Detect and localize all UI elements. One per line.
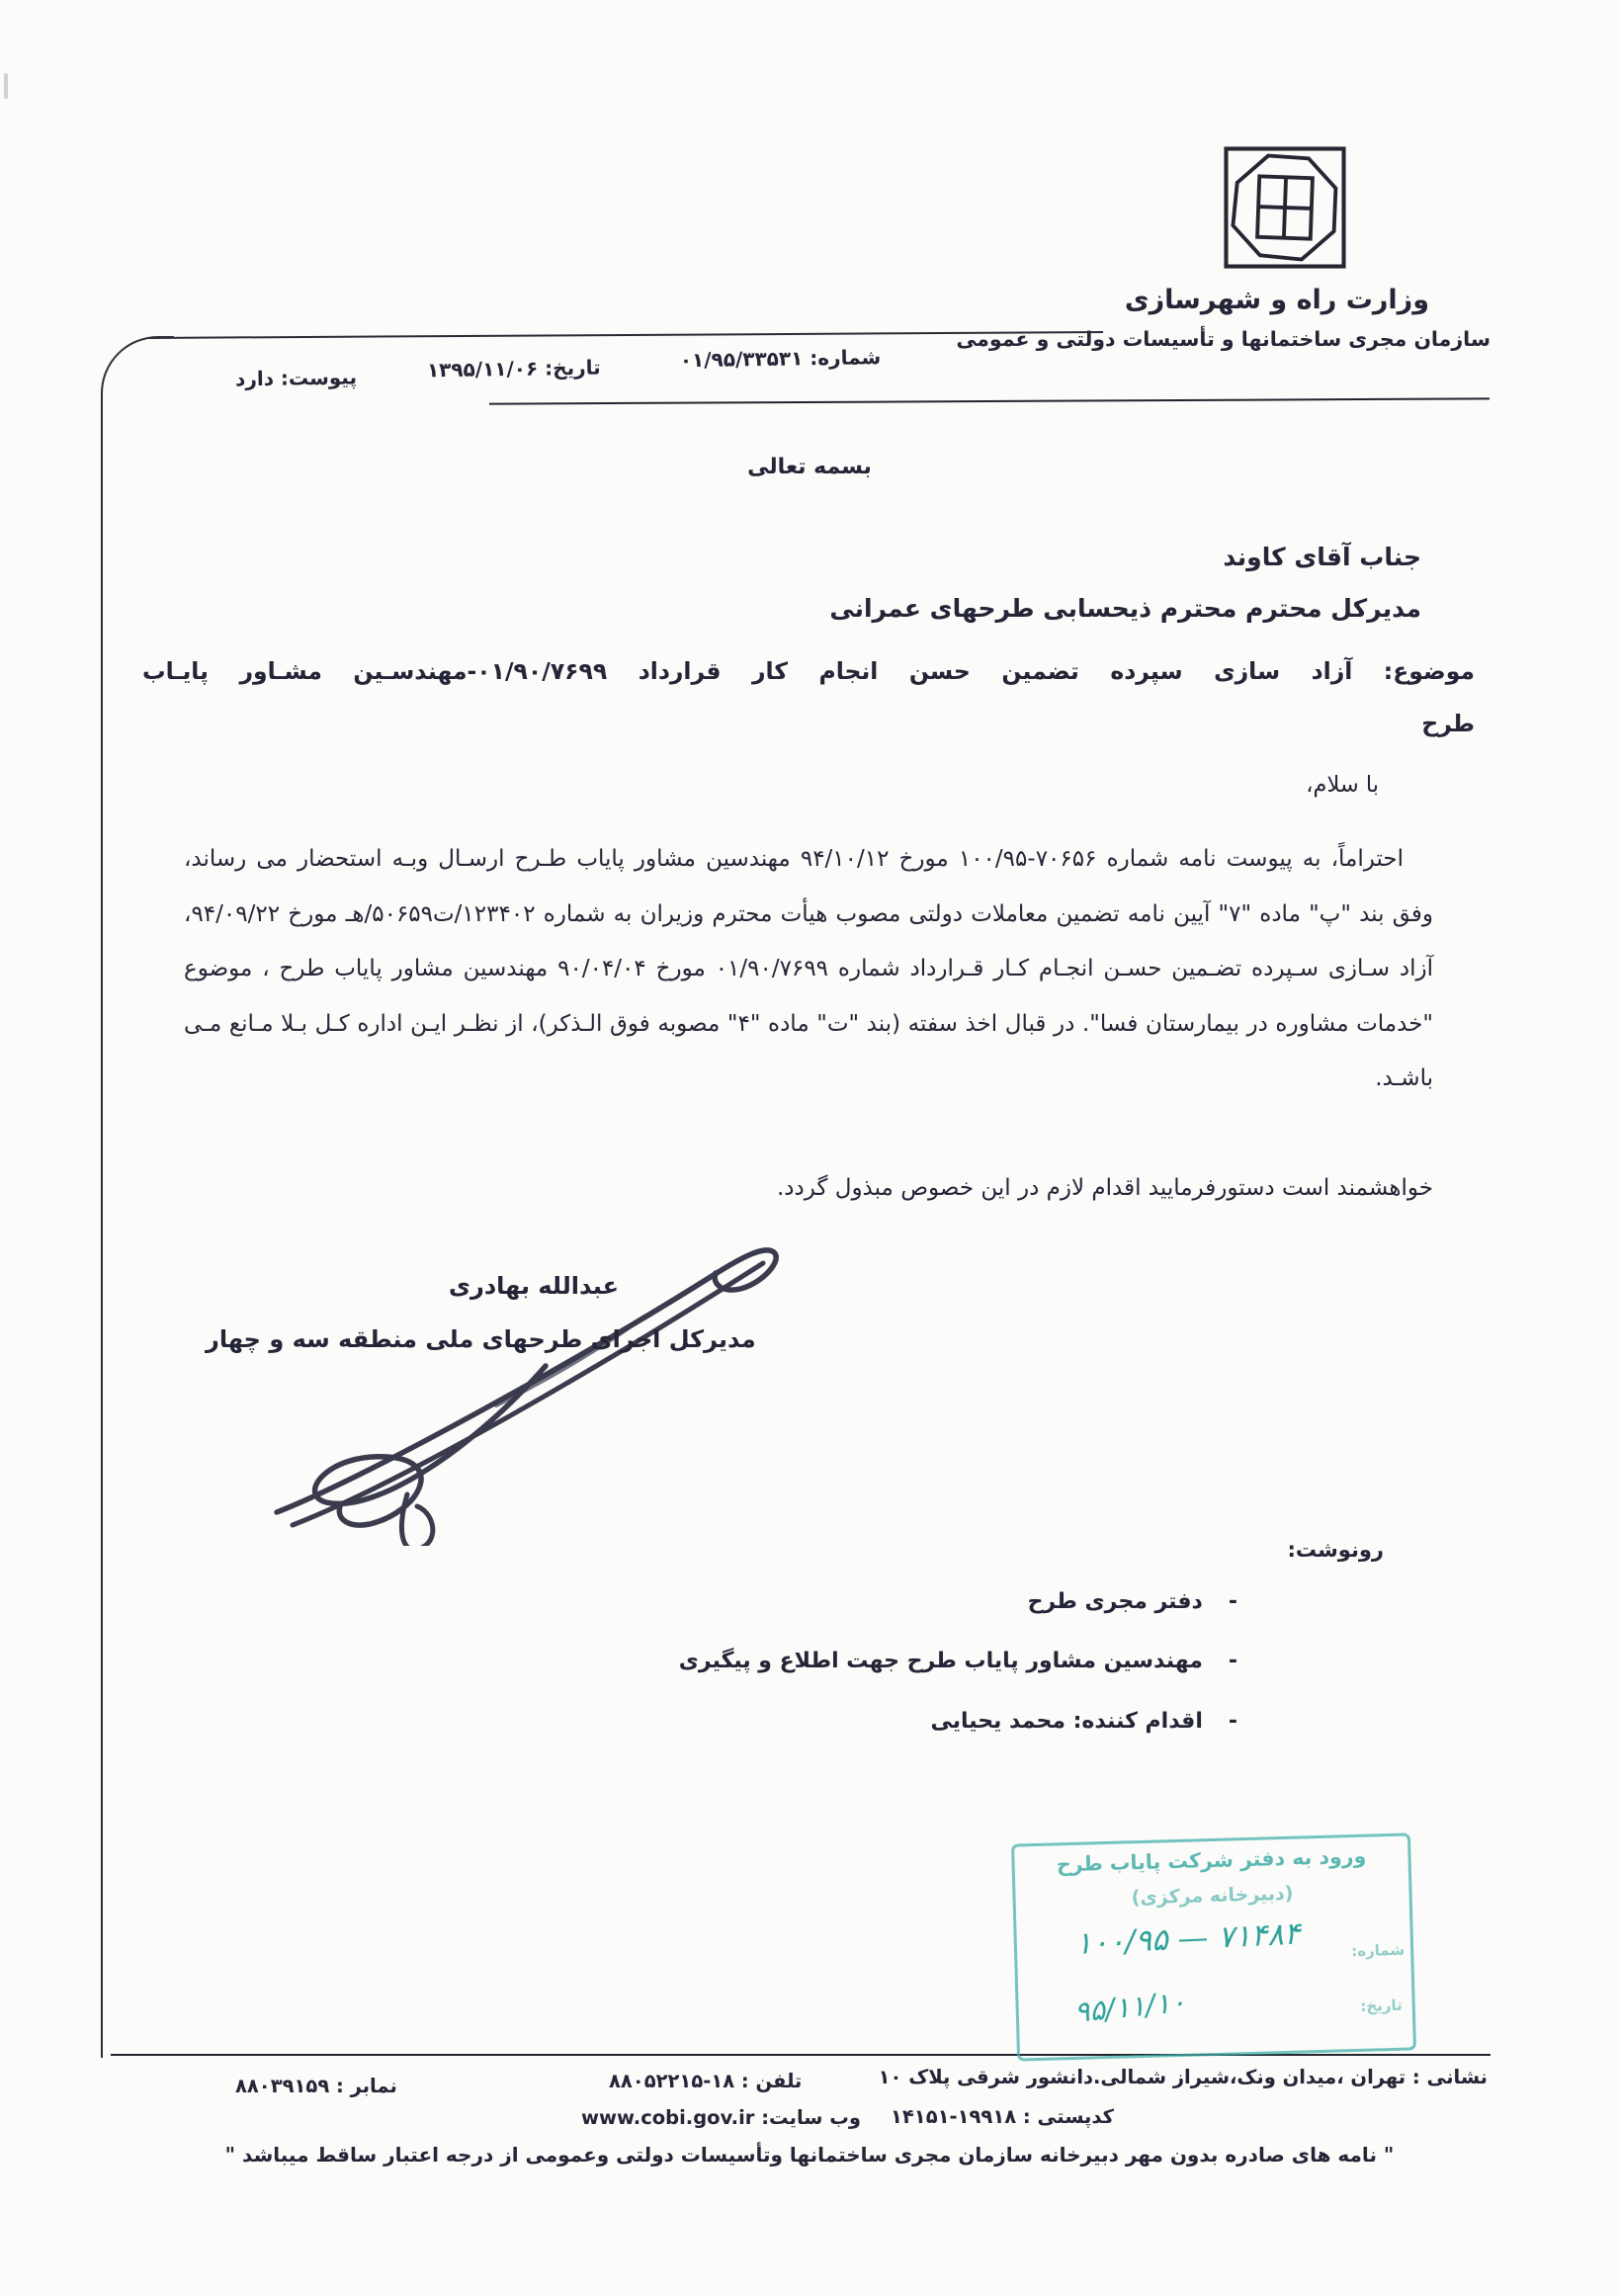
letter-number-value: ۰۱/۹۵/۳۳۵۳۱ bbox=[680, 346, 804, 372]
letter-number-field: شماره: ۰۱/۹۵/۳۳۵۳۱ bbox=[680, 345, 882, 372]
footer-postal-code: کدپستی : ۱۹۹۱۸-۱۴۱۵۱ bbox=[891, 2105, 1114, 2128]
body-paragraph-1: احتراماً، به پیوست نامه شماره ۷۰۶۵۶-۱۰۰/… bbox=[184, 832, 1433, 1107]
subject-block: موضوع: آزاد سازی سپرده تضمین حسن انجام ک… bbox=[142, 645, 1475, 750]
body-paragraph-2: خواهشمند است دستورفرمایید اقدام لازم در … bbox=[777, 1175, 1433, 1201]
letter-attachment-label: پیوست: bbox=[281, 365, 357, 389]
cc-item-dash: - bbox=[1229, 1709, 1237, 1734]
salutation: با سلام، bbox=[1306, 772, 1379, 798]
besmele-heading: بسمه تعالی bbox=[0, 455, 1619, 479]
footer-phone: تلفن : ۱۸-۸۸۰۵۲۲۱۵ bbox=[609, 2070, 802, 2092]
footer-website: وب سایت: www.cobi.gov.ir bbox=[581, 2106, 861, 2129]
stamp-title: ورود به دفتر شرکت پایاب طرح bbox=[1014, 1842, 1408, 1877]
signer-name: عبدالله بهادری bbox=[425, 1272, 642, 1300]
letter-date-field: تاریخ: ۱۳۹۵/۱۱/۰۶ bbox=[427, 356, 601, 383]
letter-date-label: تاریخ: bbox=[545, 356, 601, 381]
cc-item: - اقدام کننده: محمد یحیایی bbox=[931, 1709, 1238, 1734]
letter-attachment-field: پیوست: دارد bbox=[235, 365, 357, 390]
footer-separator-rule bbox=[111, 2054, 1491, 2056]
footer-website-label: وب سایت: bbox=[761, 2106, 861, 2129]
scanned-letter-page: وزارت راه و شهرسازی سازمان مجری ساختمانه… bbox=[0, 0, 1619, 2296]
stamp-number-label: شماره: bbox=[1351, 1941, 1405, 1960]
receipt-stamp: ورود به دفتر شرکت پایاب طرح (دبیرخانه مر… bbox=[1011, 1832, 1416, 2061]
stamp-date-value: ۹۵/۱۱/۱۰ bbox=[1072, 1985, 1187, 2029]
handwritten-signature bbox=[249, 1198, 826, 1546]
subject-line-2: طرح bbox=[142, 698, 1475, 750]
cc-item: - دفتر مجری طرح bbox=[1028, 1589, 1237, 1614]
stamp-number-value: ۷۱۴۸۴ — ۱۰۰/۹۵ bbox=[1024, 1913, 1351, 1964]
ministry-emblem-icon bbox=[1222, 144, 1348, 271]
recipient-name: جناب آقای کاوند bbox=[1223, 543, 1421, 571]
scanner-artifact bbox=[4, 73, 8, 99]
stamp-date-label: تاریخ: bbox=[1360, 1997, 1403, 2015]
cc-item-dash: - bbox=[1229, 1649, 1237, 1673]
footer-website-url: www.cobi.gov.ir bbox=[581, 2106, 754, 2129]
footer-address: نشانی : تهران ،میدان ونک،شیراز شمالی.دان… bbox=[879, 2066, 1488, 2088]
letter-attachment-value: دارد bbox=[235, 367, 274, 391]
signer-title: مدیرکل اجرای طرحهای ملی منطقه سه و چهار bbox=[206, 1325, 756, 1353]
cc-item-label: اقدام کننده: محمد یحیایی bbox=[931, 1709, 1203, 1734]
letter-meta-fields: شماره: ۰۱/۹۵/۳۳۵۳۱ تاریخ: ۱۳۹۵/۱۱/۰۶ پیو… bbox=[217, 340, 930, 402]
cc-item-label: مهندسین مشاور پایاب طرح جهت اطلاع و پیگی… bbox=[679, 1649, 1203, 1673]
cc-item-dash: - bbox=[1229, 1589, 1237, 1614]
footer-disclaimer: " نامه های صادره بدون مهر دبیرخانه سازما… bbox=[0, 2143, 1619, 2167]
cc-item-label: دفتر مجری طرح bbox=[1028, 1589, 1203, 1614]
ministry-name: وزارت راه و شهرسازی bbox=[1125, 285, 1429, 315]
cc-item: - مهندسین مشاور پایاب طرح جهت اطلاع و پی… bbox=[679, 1649, 1237, 1673]
recipient-title: مدیرکل محترم محترم ذیحسابی طرحهای عمرانی bbox=[829, 594, 1421, 623]
stamp-subtitle: (دبیرخانه مرکزی) bbox=[1015, 1879, 1408, 1912]
letterhead-bottom-rule bbox=[489, 397, 1490, 404]
letter-number-label: شماره: bbox=[809, 345, 881, 370]
subject-line-1: موضوع: آزاد سازی سپرده تضمین حسن انجام ک… bbox=[142, 645, 1475, 698]
letter-frame-border bbox=[101, 336, 174, 2058]
footer-fax: نمابر : ۸۸۰۳۹۱۵۹ bbox=[235, 2075, 397, 2097]
letter-date-value: ۱۳۹۵/۱۱/۰۶ bbox=[427, 357, 539, 383]
cc-label: رونوشت: bbox=[1288, 1538, 1384, 1562]
